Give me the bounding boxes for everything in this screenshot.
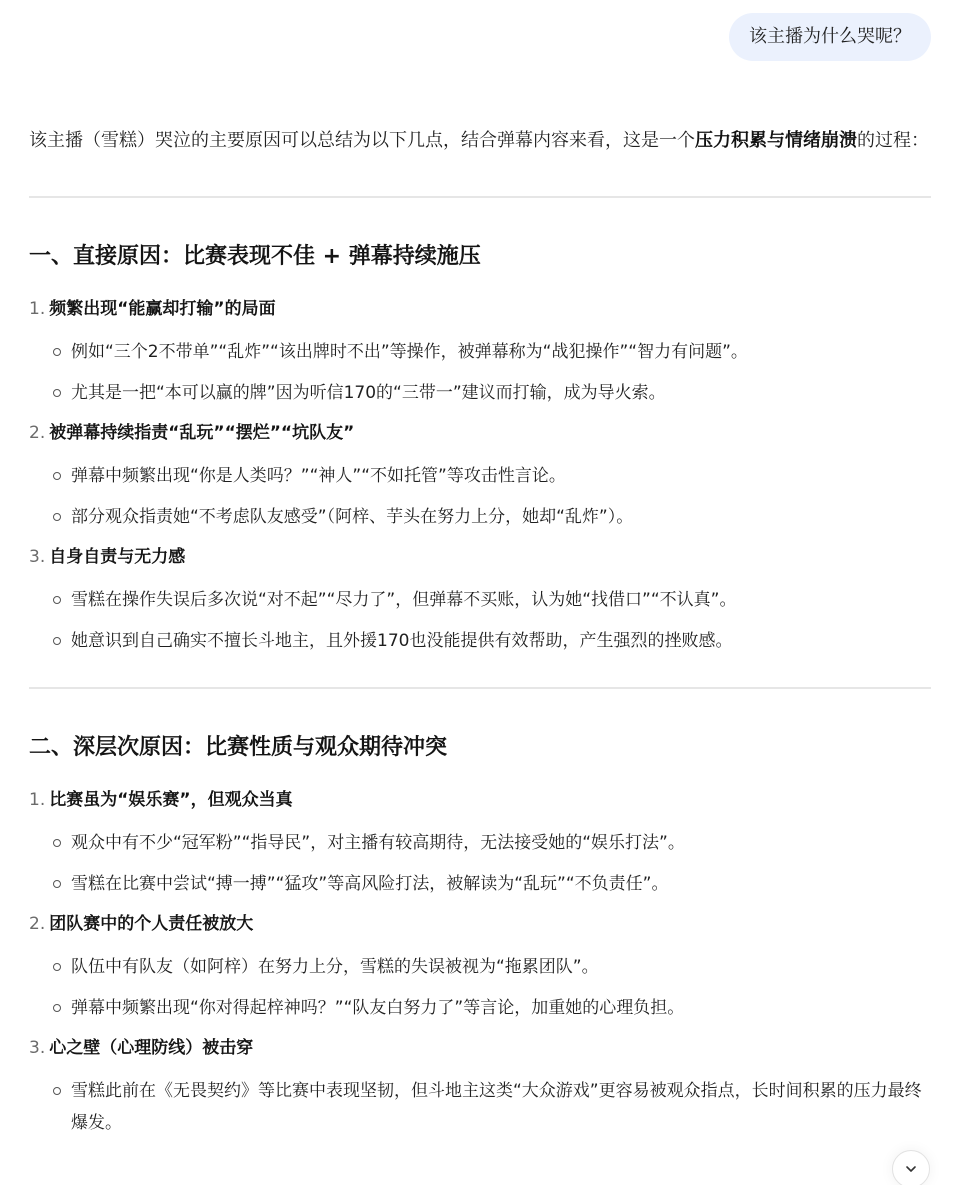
point-item: 1.频繁出现“能赢却打输”的局面 例如“三个2不带单”“乱炸”“该出牌时不出”等… xyxy=(29,294,931,409)
sub-item: 雪糕在操作失误后多次说“对不起”“尽力了”，但弹幕不买账，认为她“找借口”“不认… xyxy=(53,584,931,616)
user-message-row: 该主播为什么哭呢？ xyxy=(29,0,931,61)
point-number: 2. xyxy=(29,909,45,939)
sub-list: 队伍中有队友（如阿梓）在努力上分，雪糕的失误被视为“拖累团队”。 弹幕中频繁出现… xyxy=(29,951,931,1024)
user-message-bubble: 该主播为什么哭呢？ xyxy=(729,13,931,61)
sub-item: 弹幕中频繁出现“你是人类吗？”“神人”“不如托管”等攻击性言论。 xyxy=(53,460,931,492)
sub-list: 雪糕在操作失误后多次说“对不起”“尽力了”，但弹幕不买账，认为她“找借口”“不认… xyxy=(29,584,931,657)
sub-item: 她意识到自己确实不擅长斗地主，且外援170也没能提供有效帮助，产生强烈的挫败感。 xyxy=(53,625,931,657)
chat-view: 该主播为什么哭呢？ 该主播（雪糕）哭泣的主要原因可以总结为以下几点，结合弹幕内容… xyxy=(0,0,975,1185)
section-title: 二、深层次原因：比赛性质与观众期待冲突 xyxy=(29,733,931,763)
point-title: 自身自责与无力感 xyxy=(49,542,185,572)
sub-item: 弹幕中频繁出现“你对得起梓神吗？”“队友白努力了”等言论，加重她的心理负担。 xyxy=(53,992,931,1024)
sub-list: 例如“三个2不带单”“乱炸”“该出牌时不出”等操作，被弹幕称为“战犯操作”“智力… xyxy=(29,336,931,409)
point-item: 3.自身自责与无力感 雪糕在操作失误后多次说“对不起”“尽力了”，但弹幕不买账，… xyxy=(29,542,931,657)
intro-emphasis: 压力积累与情绪崩溃 xyxy=(695,130,857,151)
point-item: 1.比赛虽为“娱乐赛”，但观众当真 观众中有不少“冠军粉”“指导民”，对主播有较… xyxy=(29,785,931,900)
point-title: 团队赛中的个人责任被放大 xyxy=(49,909,253,939)
point-number: 1. xyxy=(29,294,45,324)
sub-item: 观众中有不少“冠军粉”“指导民”，对主播有较高期待，无法接受她的“娱乐打法”。 xyxy=(53,827,931,859)
sub-item: 例如“三个2不带单”“乱炸”“该出牌时不出”等操作，被弹幕称为“战犯操作”“智力… xyxy=(53,336,931,368)
point-item: 3.心之壁（心理防线）被击穿 雪糕此前在《无畏契约》等比赛中表现坚韧，但斗地主这… xyxy=(29,1033,931,1139)
section-title: 一、直接原因：比赛表现不佳 + 弹幕持续施压 xyxy=(29,242,931,272)
sub-list: 弹幕中频繁出现“你是人类吗？”“神人”“不如托管”等攻击性言论。 部分观众指责她… xyxy=(29,460,931,533)
divider xyxy=(29,196,931,198)
point-number: 3. xyxy=(29,542,45,572)
point-title: 频繁出现“能赢却打输”的局面 xyxy=(49,294,275,324)
answer-intro: 该主播（雪糕）哭泣的主要原因可以总结为以下几点，结合弹幕内容来看，这是一个压力积… xyxy=(29,124,931,158)
point-item: 2.团队赛中的个人责任被放大 队伍中有队友（如阿梓）在努力上分，雪糕的失误被视为… xyxy=(29,909,931,1024)
sub-item: 队伍中有队友（如阿梓）在努力上分，雪糕的失误被视为“拖累团队”。 xyxy=(53,951,931,983)
chevron-down-icon xyxy=(904,1162,918,1176)
point-list: 1.比赛虽为“娱乐赛”，但观众当真 观众中有不少“冠军粉”“指导民”，对主播有较… xyxy=(29,785,931,1139)
point-list: 1.频繁出现“能赢却打输”的局面 例如“三个2不带单”“乱炸”“该出牌时不出”等… xyxy=(29,294,931,657)
point-item: 2.被弹幕持续指责“乱玩”“摆烂”“坑队友” 弹幕中频繁出现“你是人类吗？”“神… xyxy=(29,418,931,533)
scroll-to-bottom-button[interactable] xyxy=(892,1150,930,1185)
point-title: 被弹幕持续指责“乱玩”“摆烂”“坑队友” xyxy=(49,418,354,448)
point-number: 2. xyxy=(29,418,45,448)
point-title: 比赛虽为“娱乐赛”，但观众当真 xyxy=(49,785,292,815)
sub-list: 雪糕此前在《无畏契约》等比赛中表现坚韧，但斗地主这类“大众游戏”更容易被观众指点… xyxy=(29,1075,931,1139)
sub-item: 尤其是一把“本可以赢的牌”因为听信170的“三带一”建议而打输，成为导火索。 xyxy=(53,377,931,409)
intro-text-end: 的过程： xyxy=(857,130,929,151)
sub-item: 部分观众指责她“不考虑队友感受”（阿梓、芋头在努力上分，她却“乱炸”）。 xyxy=(53,501,931,533)
assistant-answer: 该主播（雪糕）哭泣的主要原因可以总结为以下几点，结合弹幕内容来看，这是一个压力积… xyxy=(29,124,931,1139)
sub-item: 雪糕在比赛中尝试“搏一搏”“猛攻”等高风险打法，被解读为“乱玩”“不负责任”。 xyxy=(53,868,931,900)
sub-item: 雪糕此前在《无畏契约》等比赛中表现坚韧，但斗地主这类“大众游戏”更容易被观众指点… xyxy=(53,1075,931,1139)
intro-text: 该主播（雪糕）哭泣的主要原因可以总结为以下几点，结合弹幕内容来看，这是一个 xyxy=(29,130,695,151)
point-number: 1. xyxy=(29,785,45,815)
sub-list: 观众中有不少“冠军粉”“指导民”，对主播有较高期待，无法接受她的“娱乐打法”。 … xyxy=(29,827,931,900)
divider xyxy=(29,687,931,689)
point-number: 3. xyxy=(29,1033,45,1063)
point-title: 心之壁（心理防线）被击穿 xyxy=(49,1033,253,1063)
